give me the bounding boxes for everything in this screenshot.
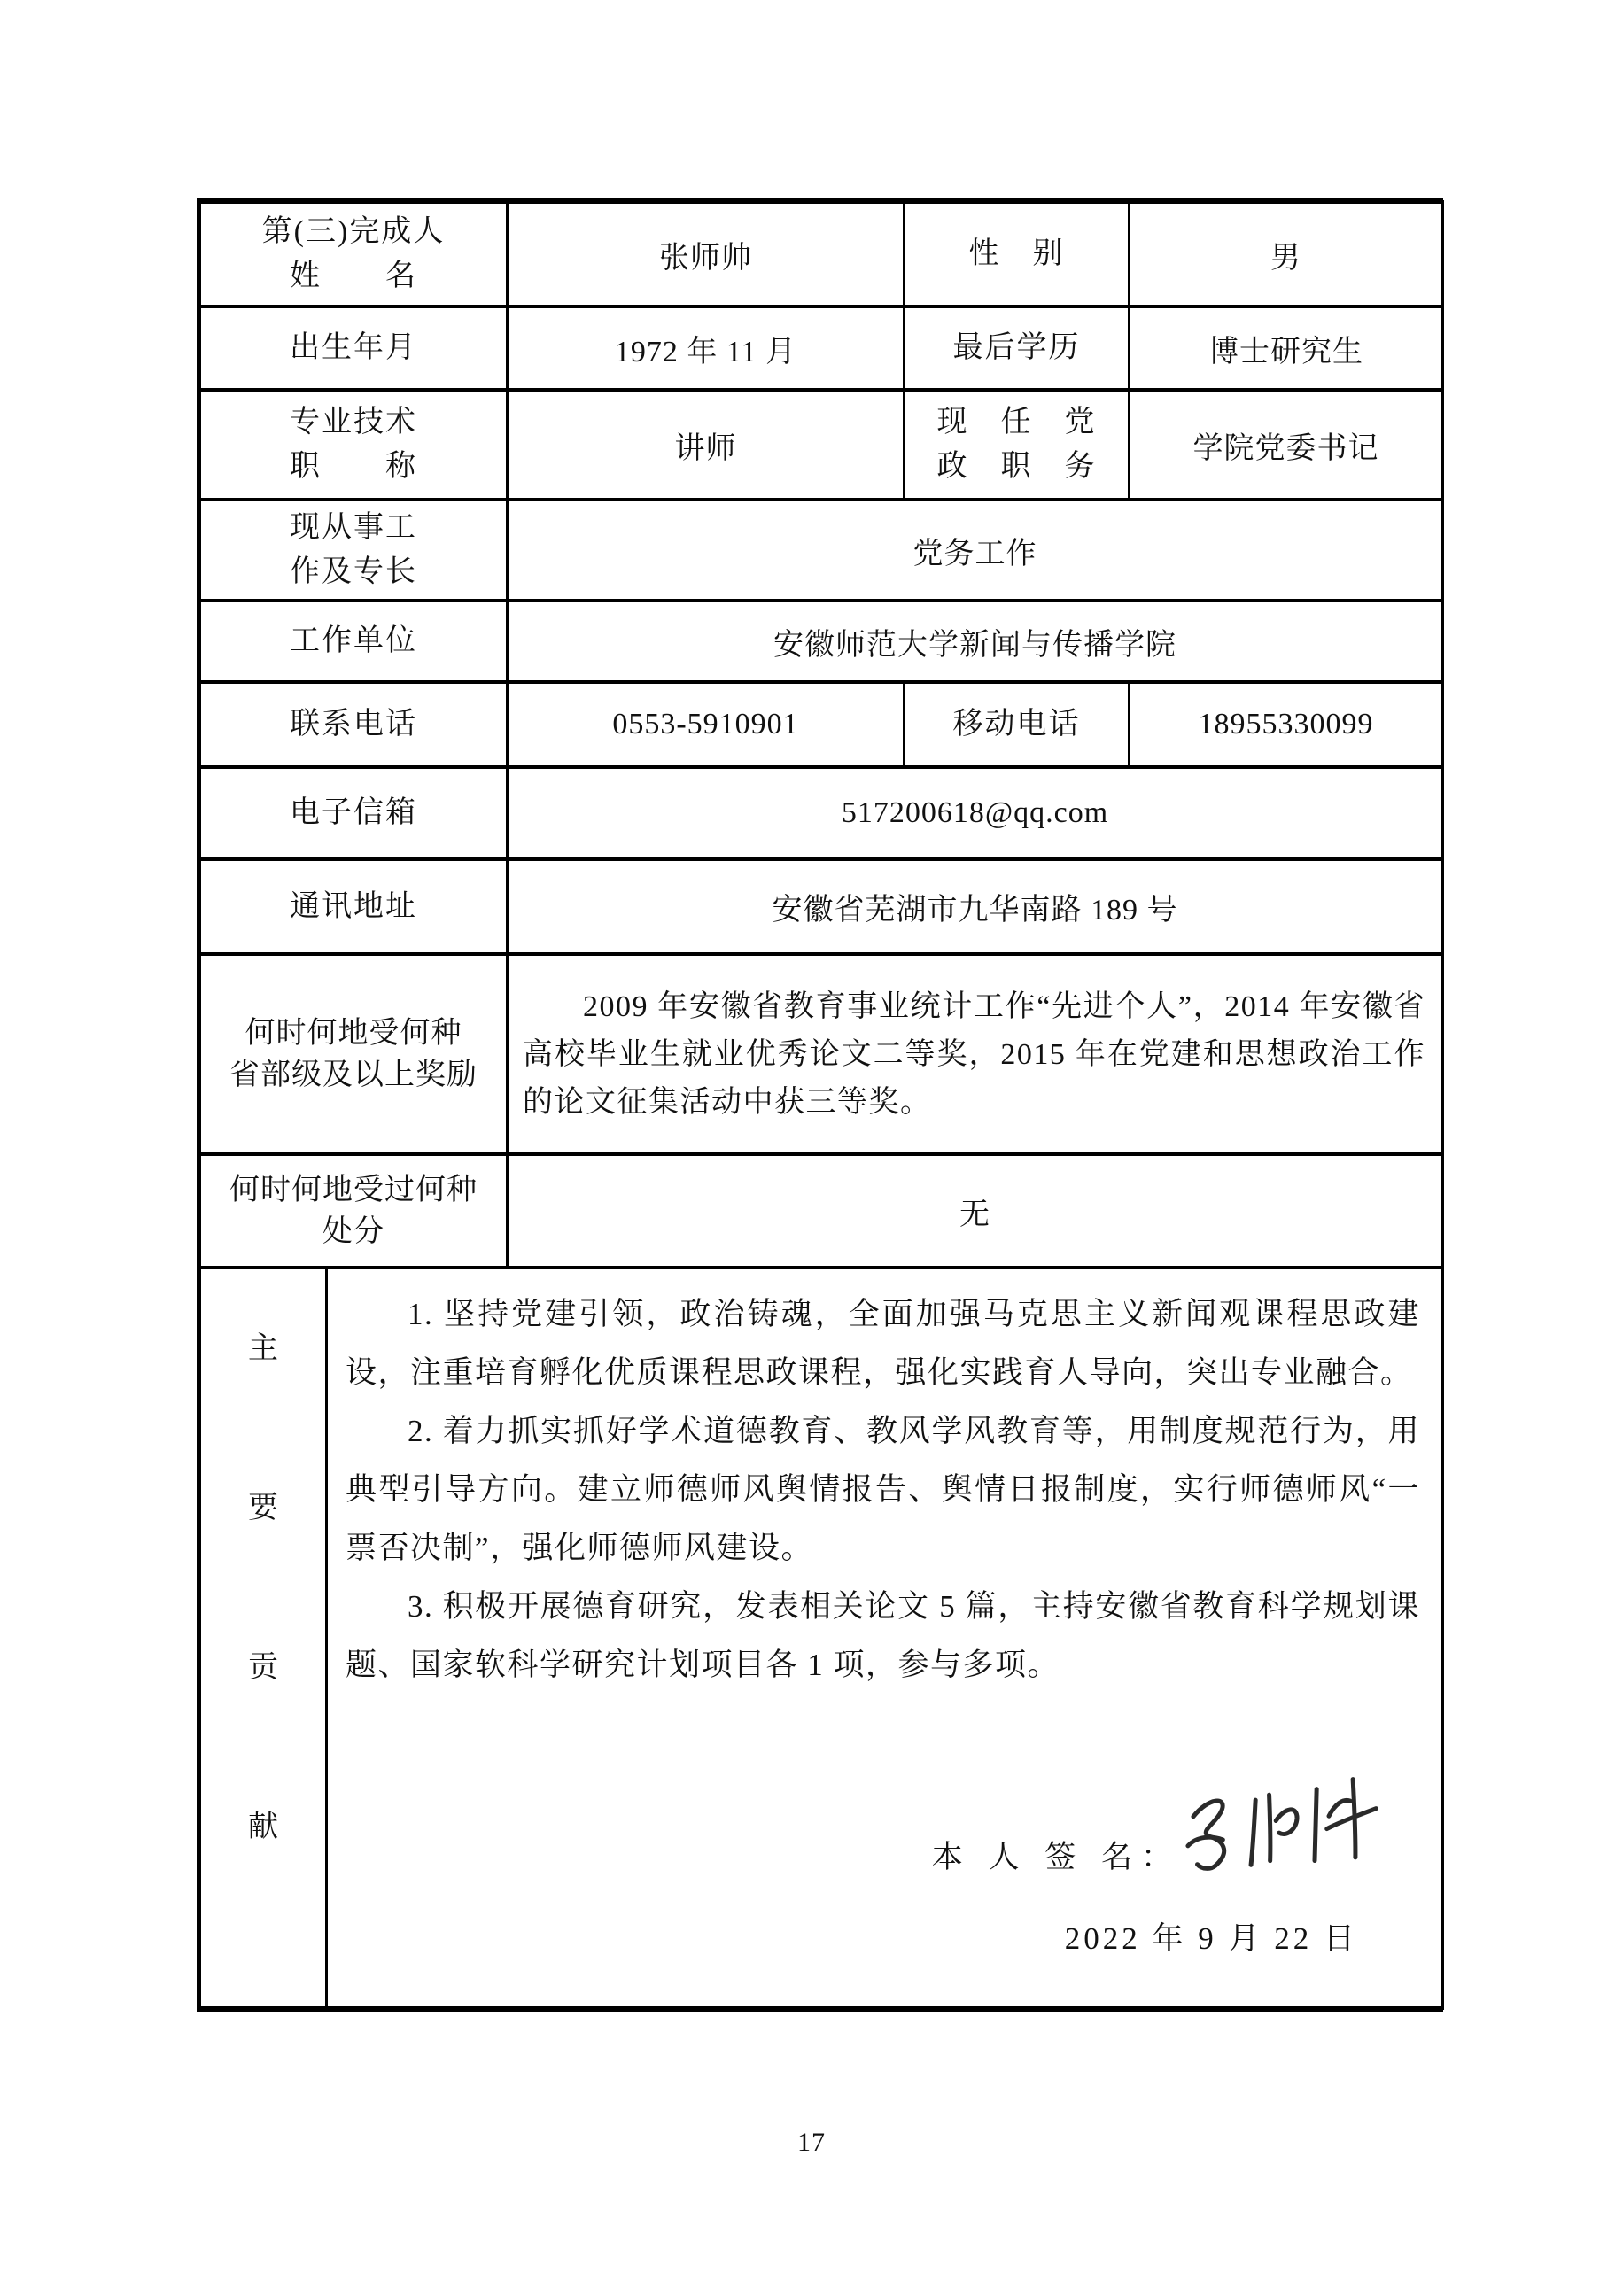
contribution-label-char3: 贡 xyxy=(248,1651,278,1685)
current-work-label-line2: 作及专长 xyxy=(201,550,506,594)
signature-label: 本 人 签 名： xyxy=(932,1833,1181,1877)
gender-label-cell: 性 别 xyxy=(905,202,1130,306)
party-post-label-cell: 现 任 党 政 职 务 xyxy=(905,390,1130,500)
title-label-cell: 专业技术 职 称 xyxy=(200,390,508,500)
birth-value: 1972 年 11 月 xyxy=(615,336,796,368)
row-title: 专业技术 职 称 讲师 现 任 党 政 职 务 学院党委书记 xyxy=(200,390,1443,500)
phone-label-cell: 联系电话 xyxy=(200,682,508,767)
row-email: 电子信箱 517200618@qq.com xyxy=(200,767,1443,859)
row-birth: 出生年月 1972 年 11 月 最后学历 博士研究生 xyxy=(200,306,1443,390)
signature-row: 本 人 签 名： xyxy=(346,1797,1420,1912)
contribution-label-char2: 要 xyxy=(248,1492,278,1525)
gender-label: 性 别 xyxy=(905,232,1128,276)
address-label: 通讯地址 xyxy=(201,885,506,929)
mobile-value-cell: 18955330099 xyxy=(1130,682,1443,767)
awards-label-cell: 何时何地受何种 省部级及以上奖励 xyxy=(200,954,508,1154)
row-contribution: 主 要 贡 献 1. 坚持党建引领，政治铸魂，全面加强马克思主义新闻观课程思政建… xyxy=(200,1268,1443,2008)
title-value-cell: 讲师 xyxy=(508,390,905,500)
contribution-paragraph-1: 1. 坚持党建引领，政治铸魂，全面加强马克思主义新闻观课程思政建设，注重培育孵化… xyxy=(346,1285,1420,1402)
email-value-cell: 517200618@qq.com xyxy=(508,767,1443,859)
name-label-line2: 姓 名 xyxy=(201,254,506,299)
unit-value-cell: 安徽师范大学新闻与传播学院 xyxy=(508,601,1443,682)
birth-label-cell: 出生年月 xyxy=(200,306,508,390)
title-label-line1: 专业技术 xyxy=(201,400,506,445)
document-page: 第(三)完成人 姓 名 张师帅 性 别 男 出生年月 1972 年 11 月 最… xyxy=(0,0,1623,2296)
education-value: 博士研究生 xyxy=(1208,336,1363,368)
punishment-label-line2: 处分 xyxy=(201,1211,506,1253)
personnel-form-table: 第(三)完成人 姓 名 张师帅 性 别 男 出生年月 1972 年 11 月 最… xyxy=(197,198,1443,2012)
info-table: 第(三)完成人 姓 名 张师帅 性 别 男 出生年月 1972 年 11 月 最… xyxy=(198,200,1444,1269)
handwritten-signature xyxy=(1176,1763,1396,1894)
birth-value-cell: 1972 年 11 月 xyxy=(508,306,905,390)
punishment-value-cell: 无 xyxy=(508,1154,1443,1268)
punishment-label-line1: 何时何地受过何种 xyxy=(201,1169,506,1211)
row-name: 第(三)完成人 姓 名 张师帅 性 别 男 xyxy=(200,202,1443,306)
row-awards: 何时何地受何种 省部级及以上奖励 2009 年安徽省教育事业统计工作“先进个人”… xyxy=(200,954,1443,1154)
phone-value-cell: 0553-5910901 xyxy=(508,682,905,767)
row-address: 通讯地址 安徽省芜湖市九华南路 189 号 xyxy=(200,859,1443,954)
contribution-label-char4: 献 xyxy=(248,1811,278,1844)
name-label-cell: 第(三)完成人 姓 名 xyxy=(200,202,508,306)
awards-label-line1: 何时何地受何种 xyxy=(201,1012,506,1054)
row-unit: 工作单位 安徽师范大学新闻与传播学院 xyxy=(200,601,1443,682)
party-post-label-line2: 政 职 务 xyxy=(905,445,1128,489)
name-value-cell: 张师帅 xyxy=(508,202,905,306)
email-value: 517200618@qq.com xyxy=(842,796,1108,829)
row-phone: 联系电话 0553-5910901 移动电话 18955330099 xyxy=(200,682,1443,767)
mobile-value: 18955330099 xyxy=(1199,708,1374,741)
punishment-value: 无 xyxy=(959,1198,990,1231)
row-current-work: 现从事工 作及专长 党务工作 xyxy=(200,500,1443,601)
page-number: 17 xyxy=(0,2128,1623,2158)
birth-label: 出生年月 xyxy=(201,326,506,370)
current-work-label-cell: 现从事工 作及专长 xyxy=(200,500,508,601)
contribution-vertical-label: 主 要 贡 献 xyxy=(201,1332,325,1844)
punishment-label-cell: 何时何地受过何种 处分 xyxy=(200,1154,508,1268)
unit-label: 工作单位 xyxy=(201,619,506,663)
email-label-cell: 电子信箱 xyxy=(200,767,508,859)
awards-text: 2009 年安徽省教育事业统计工作“先进个人”，2014 年安徽省高校毕业生就业… xyxy=(523,983,1425,1127)
contribution-label-cell: 主 要 贡 献 xyxy=(200,1268,327,2008)
address-value-cell: 安徽省芜湖市九华南路 189 号 xyxy=(508,859,1443,954)
contribution-label-char1: 主 xyxy=(248,1332,278,1366)
current-work-value: 党务工作 xyxy=(913,538,1037,570)
unit-label-cell: 工作单位 xyxy=(200,601,508,682)
contribution-paragraph-3: 3. 积极开展德育研究，发表相关论文 5 篇，主持安徽省教育科学规划课题、国家软… xyxy=(346,1578,1420,1695)
contribution-paragraph-2: 2. 着力抓实抓好学术道德教育、教风学风教育等，用制度规范行为，用典型引导方向。… xyxy=(346,1402,1420,1578)
party-post-value: 学院党委书记 xyxy=(1193,432,1379,465)
education-label: 最后学历 xyxy=(905,326,1128,370)
gender-value: 男 xyxy=(1270,242,1301,275)
name-label-line1: 第(三)完成人 xyxy=(201,210,506,254)
contribution-table: 主 要 贡 献 1. 坚持党建引领，政治铸魂，全面加强马克思主义新闻观课程思政建… xyxy=(198,1266,1444,2010)
education-label-cell: 最后学历 xyxy=(905,306,1130,390)
awards-value-cell: 2009 年安徽省教育事业统计工作“先进个人”，2014 年安徽省高校毕业生就业… xyxy=(508,954,1443,1154)
contribution-content-cell: 1. 坚持党建引领，政治铸魂，全面加强马克思主义新闻观课程思政建设，注重培育孵化… xyxy=(327,1268,1443,2008)
awards-label-line2: 省部级及以上奖励 xyxy=(201,1054,506,1096)
current-work-label-line1: 现从事工 xyxy=(201,506,506,550)
mobile-label: 移动电话 xyxy=(905,702,1128,747)
gender-value-cell: 男 xyxy=(1130,202,1443,306)
phone-label: 联系电话 xyxy=(201,702,506,747)
address-value: 安徽省芜湖市九华南路 189 号 xyxy=(773,894,1178,927)
email-label: 电子信箱 xyxy=(201,791,506,835)
row-punishment: 何时何地受过何种 处分 无 xyxy=(200,1154,1443,1268)
party-post-value-cell: 学院党委书记 xyxy=(1130,390,1443,500)
name-value: 张师帅 xyxy=(659,242,752,275)
title-label-line2: 职 称 xyxy=(201,445,506,489)
signature-date: 2022 年 9 月 22 日 xyxy=(346,1914,1420,1959)
title-value: 讲师 xyxy=(675,432,737,465)
education-value-cell: 博士研究生 xyxy=(1130,306,1443,390)
party-post-label-line1: 现 任 党 xyxy=(905,400,1128,445)
mobile-label-cell: 移动电话 xyxy=(905,682,1130,767)
phone-value: 0553-5910901 xyxy=(612,708,798,741)
current-work-value-cell: 党务工作 xyxy=(508,500,1443,601)
unit-value: 安徽师范大学新闻与传播学院 xyxy=(773,629,1176,662)
address-label-cell: 通讯地址 xyxy=(200,859,508,954)
